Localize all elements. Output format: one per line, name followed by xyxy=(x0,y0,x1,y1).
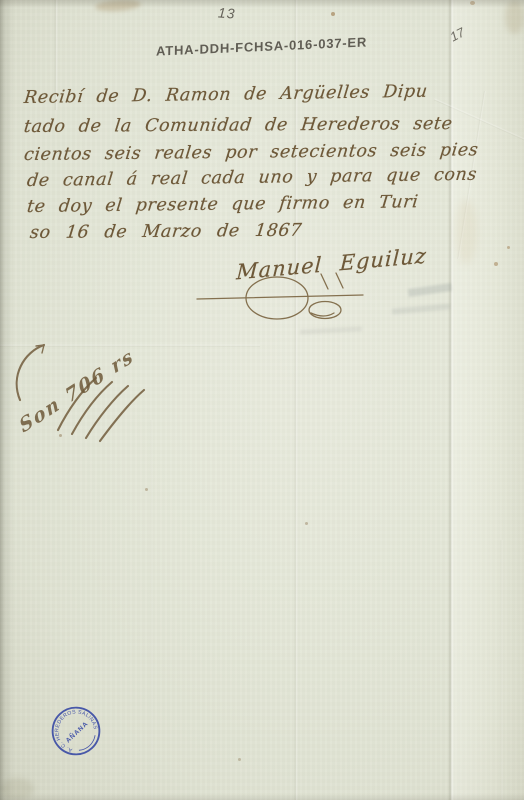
page-edge-shadow xyxy=(0,794,524,800)
stamp-center-text: AÑANA xyxy=(63,719,90,745)
marginal-note: Son 706 rs xyxy=(0,338,190,448)
paper-fold-band xyxy=(452,0,524,800)
manuscript-line: so 16 de Marzo de 1867 xyxy=(29,221,303,243)
manuscript-line: tado de la Comunidad de Herederos sete xyxy=(23,114,454,137)
signature-rubric-flourish xyxy=(195,272,365,334)
page-edge-shadow xyxy=(0,0,524,8)
document-page: 13 17 ATHA-DDH-FCHSA-016-037-ER Recibí d… xyxy=(0,0,524,800)
page-number: 13 xyxy=(217,4,236,21)
